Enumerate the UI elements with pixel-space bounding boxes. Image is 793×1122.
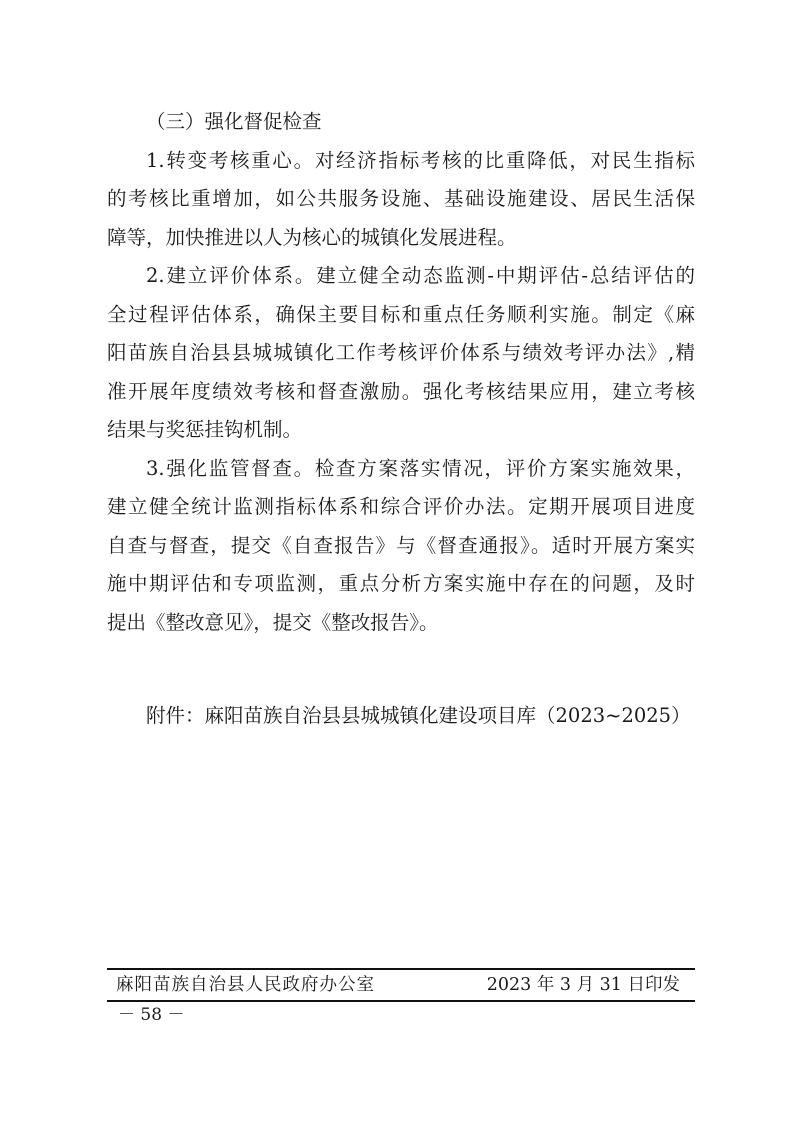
paragraph-line: 3.强化监管督查。检查方案落实情况，评价方案实施效果，: [107, 450, 695, 489]
document-body: （三）强化督促检查 1.转变考核重心。对经济指标考核的比重降低，对民生指标 的考…: [107, 103, 695, 642]
paragraph-3: 3.强化监管督查。检查方案落实情况，评价方案实施效果， 建立健全统计监测指标体系…: [107, 450, 695, 643]
paragraph-line: 自查与督查，提交《自查报告》与《督查通报》。适时开展方案实: [107, 527, 695, 566]
issue-date: 2023 年 3 月 31 日印发: [487, 972, 680, 998]
footer-bottom-rule: [107, 1000, 695, 1002]
paragraph-line: 的考核比重增加，如公共服务设施、基础设施建设、居民生活保: [107, 180, 695, 219]
paragraph-2: 2.建立评价体系。建立健全动态监测-中期评估-总结评估的 全过程评估体系，确保主…: [107, 257, 695, 450]
paragraph-line: 准开展年度绩效考核和督查激励。强化考核结果应用，建立考核: [107, 373, 695, 412]
paragraph-line: 结果与奖惩挂钩机制。: [107, 411, 695, 450]
paragraph-1: 1.转变考核重心。对经济指标考核的比重降低，对民生指标 的考核比重增加，如公共服…: [107, 142, 695, 258]
paragraph-line: 2.建立评价体系。建立健全动态监测-中期评估-总结评估的: [107, 257, 695, 296]
paragraph-line: 全过程评估体系，确保主要目标和重点任务顺利实施。制定《麻: [107, 296, 695, 335]
paragraph-line: 施中期评估和专项监测，重点分析方案实施中存在的问题，及时: [107, 565, 695, 604]
attachment-note: 附件：麻阳苗族自治县县城城镇化建设项目库（2023~2025）: [146, 701, 691, 731]
paragraph-line: 1.转变考核重心。对经济指标考核的比重降低，对民生指标: [107, 142, 695, 181]
page-number: － 58 －: [118, 1003, 184, 1027]
paragraph-line: 建立健全统计监测指标体系和综合评价办法。定期开展项目进度: [107, 488, 695, 527]
paragraph-line: 提出《整改意见》，提交《整改报告》。: [107, 604, 695, 643]
paragraph-line: 障等，加快推进以人为核心的城镇化发展进程。: [107, 219, 695, 258]
document-page: （三）强化督促检查 1.转变考核重心。对经济指标考核的比重降低，对民生指标 的考…: [0, 0, 793, 1122]
footer-top-rule: [107, 968, 695, 970]
paragraph-line: 阳苗族自治县县城城镇化工作考核评价体系与绩效考评办法》,精: [107, 334, 695, 373]
section-heading: （三）强化督促检查: [107, 103, 695, 142]
issuer-name: 麻阳苗族自治县人民政府办公室: [116, 972, 375, 998]
